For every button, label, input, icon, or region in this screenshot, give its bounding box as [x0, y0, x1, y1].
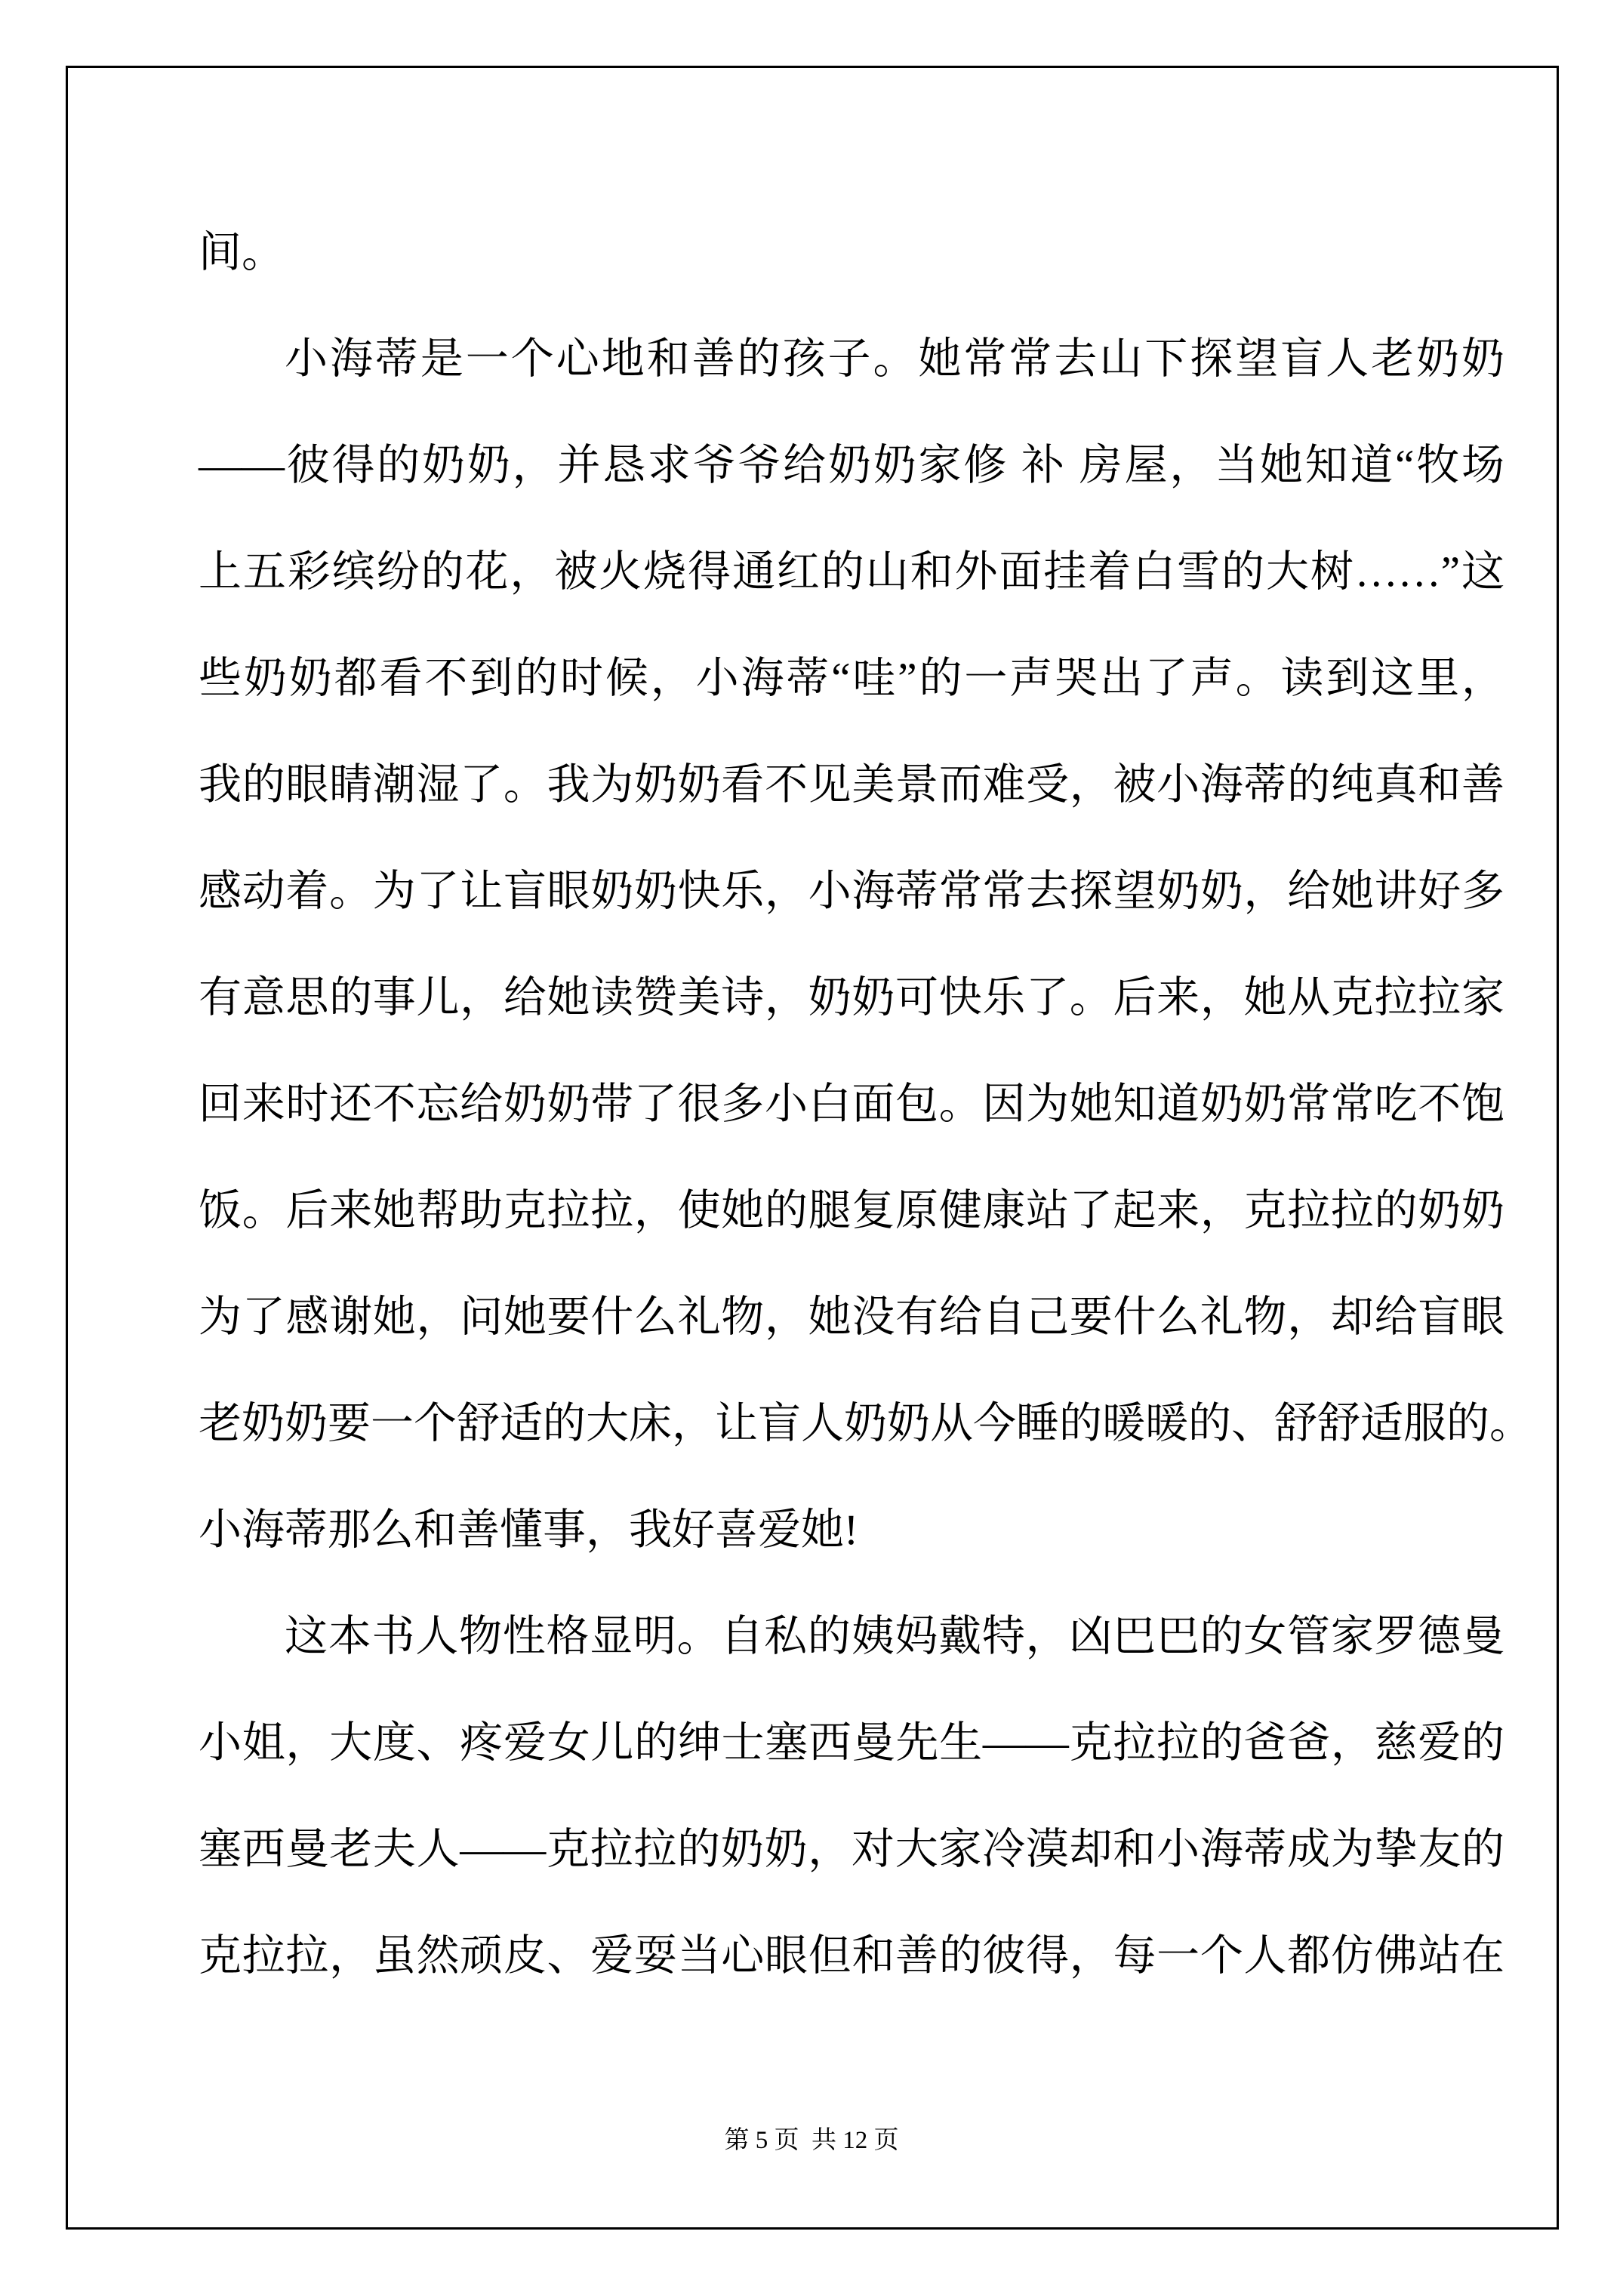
text-line: 上五彩缤纷的花，被火烧得通红的山和外面挂着白雪的大树……”这 [199, 519, 1504, 625]
text-line: 小海蒂是一个心地和善的孩子。她常常去山下探望盲人老奶奶 [199, 306, 1504, 412]
text-line: 塞西曼老夫人——克拉拉的奶奶，对大家冷漠却和小海蒂成为挚友的 [199, 1796, 1504, 1903]
text-line: 老奶奶要一个舒适的大床，让盲人奶奶从今睡的暖暖的、舒舒适服的。 [199, 1370, 1504, 1477]
text-line: 克拉拉，虽然顽皮、爱耍当心眼但和善的彼得，每一个人都仿佛站在 [199, 1903, 1504, 2009]
document-text-area: 间。小海蒂是一个心地和善的孩子。她常常去山下探望盲人老奶奶——彼得的奶奶，并恳求… [199, 199, 1504, 2009]
text-line: 感动着。为了让盲眼奶奶快乐，小海蒂常常去探望奶奶，给她讲好多 [199, 838, 1504, 945]
text-line: 小海蒂那么和善懂事，我好喜爱她! [199, 1477, 1504, 1583]
text-line: 这本书人物性格显明。自私的姨妈戴特，凶巴巴的女管家罗德曼 [199, 1583, 1504, 1690]
text-line: 小姐，大度、疼爱女儿的绅士塞西曼先生——克拉拉的爸爸，慈爱的 [199, 1690, 1504, 1796]
text-line: ——彼得的奶奶，并恳求爷爷给奶奶家修 补 房屋，当她知道“牧场 [199, 412, 1504, 519]
text-line: 回来时还不忘给奶奶带了很多小白面包。因为她知道奶奶常常吃不饱 [199, 1051, 1504, 1157]
page-number-footer: 第 5 页 共 12 页 [0, 2125, 1623, 2156]
text-line: 些奶奶都看不到的时候，小海蒂“哇”的一声哭出了声。读到这里， [199, 625, 1504, 732]
text-line: 有意思的事儿，给她读赞美诗，奶奶可快乐了。后来，她从克拉拉家 [199, 945, 1504, 1051]
text-line: 为了感谢她，问她要什么礼物，她没有给自己要什么礼物，却给盲眼 [199, 1264, 1504, 1370]
text-line: 间。 [199, 199, 1504, 306]
text-line: 饭。后来她帮助克拉拉，使她的腿复原健康站了起来，克拉拉的奶奶 [199, 1157, 1504, 1264]
text-line: 我的眼睛潮湿了。我为奶奶看不见美景而难受，被小海蒂的纯真和善 [199, 732, 1504, 838]
